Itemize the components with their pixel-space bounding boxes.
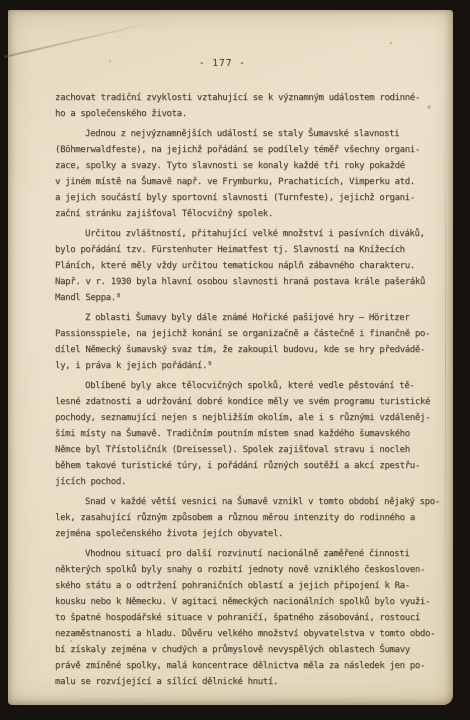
scanner-background: - 177 - zachovat tradiční zvyklosti vzta… — [0, 0, 470, 720]
paper-specks — [8, 10, 10, 12]
document-text: zachovat tradiční zvyklosti vztahující s… — [55, 90, 440, 690]
paragraph-6: Snad v každé větší vesnici na Šumavě vzn… — [55, 494, 440, 542]
page-number: - 177 - — [8, 58, 437, 69]
paper-edge-shadow — [445, 40, 446, 685]
document-page: - 177 - zachovat tradiční zvyklosti vzta… — [8, 10, 453, 705]
paragraph-1: zachovat tradiční zvyklosti vztahující s… — [55, 90, 440, 122]
paragraph-7: Vhodnou situací pro další rozvinutí naci… — [55, 546, 440, 690]
paragraph-2: Jednou z nejvýznamnějších událostí se st… — [55, 126, 440, 222]
paper-crease — [4, 19, 165, 58]
paragraph-4: Z oblasti Šumavy byly dále známé Hořické… — [55, 310, 440, 374]
paragraph-3: Určitou zvláštností, přitahující velké m… — [55, 226, 440, 306]
paragraph-5: Oblíbené byly akce tělocvičných spolků, … — [55, 378, 440, 490]
